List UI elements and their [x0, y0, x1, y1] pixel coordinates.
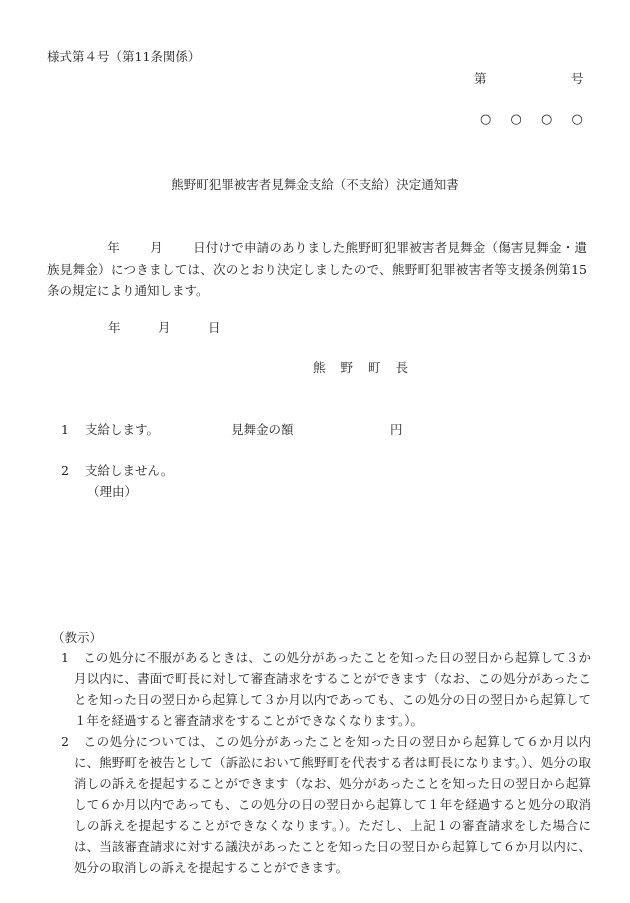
placeholder-circle: ○ — [511, 112, 542, 127]
placeholder-circle: ○ — [541, 112, 572, 127]
notice-text: この処分については、この処分があったことを知った日の翌日から起算して６か月以内に… — [74, 734, 591, 875]
placeholder-circle: ○ — [480, 112, 511, 127]
placeholder-circle: ○ — [572, 112, 603, 127]
decision-item-pay: 1支給します。 — [61, 420, 175, 438]
sender-name: 熊野町長 — [313, 358, 423, 376]
date-month: 月 — [158, 318, 208, 336]
body-paragraph: 年月日付けで申請のありました熊野町犯罪被害者見舞金（傷害見舞金・遺族見舞金）につ… — [47, 237, 587, 302]
issue-date: 年月日 — [108, 318, 221, 336]
body-month-label: 月 — [150, 240, 163, 255]
issuer-placeholder: ○○○○ — [480, 111, 602, 127]
notice-item: 2この処分については、この処分があったことを知った日の翌日から起算して６か月以内… — [61, 731, 591, 878]
amount-label: 見舞金の額 — [231, 420, 294, 438]
currency-label: 円 — [390, 420, 403, 438]
reason-label: （理由） — [87, 482, 137, 500]
doc-number-suffix: 号 — [571, 69, 584, 87]
document-title: 熊野町犯罪被害者見舞金支給（不支給）決定通知書 — [0, 175, 630, 193]
body-year-label: 年 — [107, 240, 120, 255]
form-number: 様式第４号（第11条関係） — [47, 47, 200, 65]
notice-number: 1 — [61, 647, 83, 668]
date-day: 日 — [208, 318, 221, 336]
notice-item: 1この処分に不服があるときは、この処分があったことを知った日の翌日から起算して３… — [61, 647, 591, 731]
notice-number: 2 — [61, 731, 83, 752]
body-text: 日付けで申請のありました熊野町犯罪被害者見舞金（傷害見舞金・遺族見舞金）につきま… — [47, 240, 587, 298]
doc-number-prefix: 第 — [474, 69, 487, 87]
notice-list: 1この処分に不服があるときは、この処分があったことを知った日の翌日から起算して３… — [61, 647, 591, 878]
decision-number: 2 — [61, 463, 85, 478]
decision-label: 支給します。 — [85, 420, 175, 438]
notice-text: この処分に不服があるときは、この処分があったことを知った日の翌日から起算して３か… — [74, 650, 591, 728]
decision-label: 支給しません。 — [85, 463, 173, 478]
decision-number: 1 — [61, 422, 85, 437]
date-year: 年 — [108, 318, 158, 336]
notice-heading: （教示） — [52, 628, 102, 646]
decision-item-no-pay: 2支給しません。 — [61, 461, 173, 479]
